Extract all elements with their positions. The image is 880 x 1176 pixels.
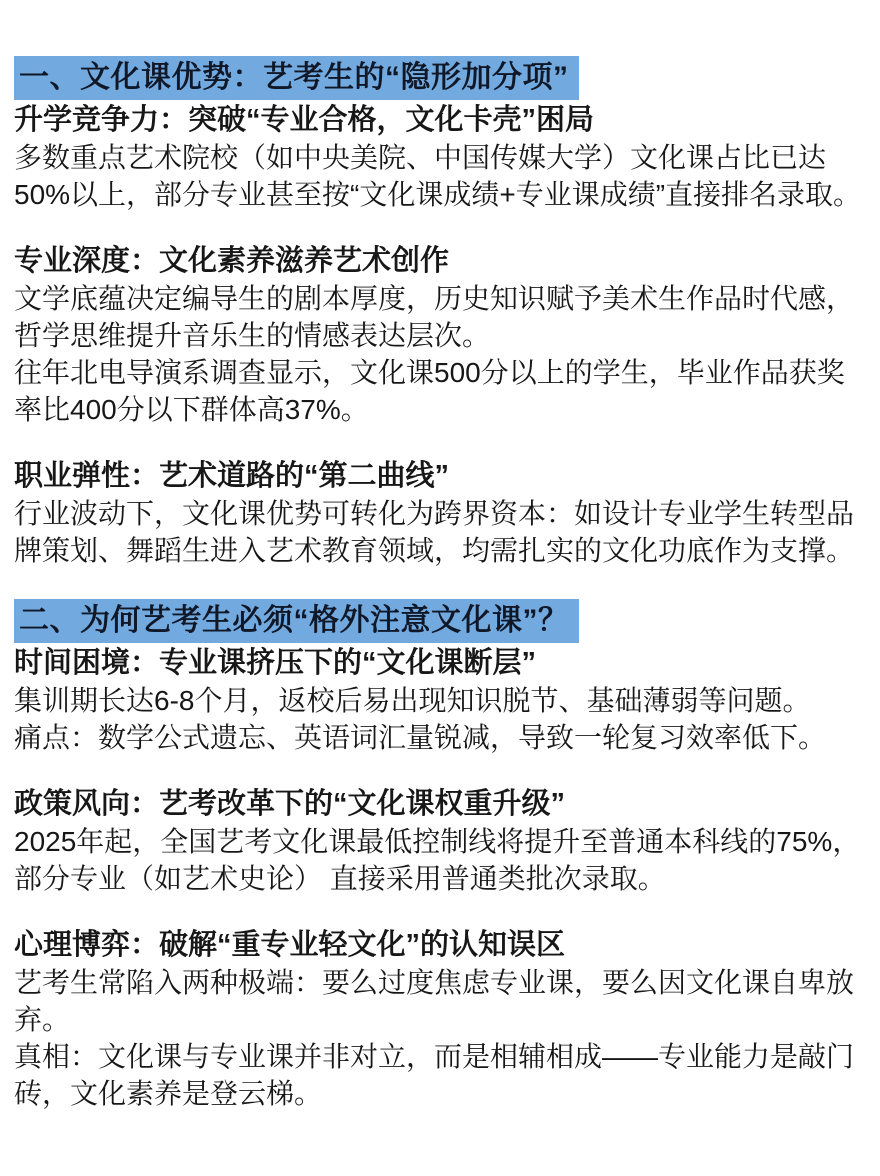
content-block: 升学竞争力：突破“专业合格，文化卡壳”困局 多数重点艺术院校（如中央美院、中国传… [14, 102, 866, 213]
paragraph: 行业波动下，文化课优势可转化为跨界资本：如设计专业学生转型品牌策划、舞蹈生进入艺… [14, 495, 866, 569]
paragraph: 真相：文化课与专业课并非对立，而是相辅相成——专业能力是敲门砖，文化素养是登云梯… [14, 1038, 866, 1112]
paragraph: 文学底蕴决定编导生的剧本厚度，历史知识赋予美术生作品时代感，哲学思维提升音乐生的… [14, 280, 866, 354]
block-paragraphs: 文学底蕴决定编导生的剧本厚度，历史知识赋予美术生作品时代感，哲学思维提升音乐生的… [14, 280, 866, 428]
block-subhead: 心理博弈：破解“重专业轻文化”的认知误区 [14, 927, 866, 964]
article-page: 一、文化课优势：艺考生的“隐形加分项” 升学竞争力：突破“专业合格，文化卡壳”困… [0, 0, 880, 1176]
block-subhead: 升学竞争力：突破“专业合格，文化卡壳”困局 [14, 102, 866, 139]
block-subhead: 时间困境：专业课挤压下的“文化课断层” [14, 645, 866, 682]
paragraph: 集训期长达6-8个月，返校后易出现知识脱节、基础薄弱等问题。 [14, 682, 866, 719]
article: 一、文化课优势：艺考生的“隐形加分项” 升学竞争力：突破“专业合格，文化卡壳”困… [14, 56, 866, 1112]
block-paragraphs: 多数重点艺术院校（如中央美院、中国传媒大学）文化课占比已达50%以上，部分专业甚… [14, 139, 866, 213]
content-block: 专业深度：文化素养滋养艺术创作 文学底蕴决定编导生的剧本厚度，历史知识赋予美术生… [14, 243, 866, 428]
paragraph: 2025年起，全国艺考文化课最低控制线将提升至普通本科线的75%，部分专业（如艺… [14, 823, 866, 897]
paragraph: 多数重点艺术院校（如中央美院、中国传媒大学）文化课占比已达50%以上，部分专业甚… [14, 139, 866, 213]
block-paragraphs: 行业波动下，文化课优势可转化为跨界资本：如设计专业学生转型品牌策划、舞蹈生进入艺… [14, 495, 866, 569]
paragraph: 艺考生常陷入两种极端：要么过度焦虑专业课，要么因文化课自卑放弃。 [14, 964, 866, 1038]
block-subhead: 政策风向：艺考改革下的“文化课权重升级” [14, 786, 866, 823]
content-block: 职业弹性：艺术道路的“第二曲线” 行业波动下，文化课优势可转化为跨界资本：如设计… [14, 458, 866, 569]
block-subhead: 职业弹性：艺术道路的“第二曲线” [14, 458, 866, 495]
block-subhead: 专业深度：文化素养滋养艺术创作 [14, 243, 866, 280]
block-paragraphs: 艺考生常陷入两种极端：要么过度焦虑专业课，要么因文化课自卑放弃。 真相：文化课与… [14, 964, 866, 1112]
article-section: 一、文化课优势：艺考生的“隐形加分项” 升学竞争力：突破“专业合格，文化卡壳”困… [14, 56, 866, 569]
block-paragraphs: 2025年起，全国艺考文化课最低控制线将提升至普通本科线的75%，部分专业（如艺… [14, 823, 866, 897]
section-blocks: 升学竞争力：突破“专业合格，文化卡壳”困局 多数重点艺术院校（如中央美院、中国传… [14, 102, 866, 569]
content-block: 心理博弈：破解“重专业轻文化”的认知误区 艺考生常陷入两种极端：要么过度焦虑专业… [14, 927, 866, 1112]
section-blocks: 时间困境：专业课挤压下的“文化课断层” 集训期长达6-8个月，返校后易出现知识脱… [14, 645, 866, 1112]
paragraph: 往年北电导演系调查显示，文化课500分以上的学生，毕业作品获奖率比400分以下群… [14, 354, 866, 428]
content-block: 政策风向：艺考改革下的“文化课权重升级” 2025年起，全国艺考文化课最低控制线… [14, 786, 866, 897]
section-header: 一、文化课优势：艺考生的“隐形加分项” [14, 56, 579, 100]
block-paragraphs: 集训期长达6-8个月，返校后易出现知识脱节、基础薄弱等问题。 痛点：数学公式遗忘… [14, 682, 866, 756]
article-section: 二、为何艺考生必须“格外注意文化课”？ 时间困境：专业课挤压下的“文化课断层” … [14, 599, 866, 1112]
paragraph: 痛点：数学公式遗忘、英语词汇量锐减，导致一轮复习效率低下。 [14, 719, 866, 756]
content-block: 时间困境：专业课挤压下的“文化课断层” 集训期长达6-8个月，返校后易出现知识脱… [14, 645, 866, 756]
section-header: 二、为何艺考生必须“格外注意文化课”？ [14, 599, 579, 643]
